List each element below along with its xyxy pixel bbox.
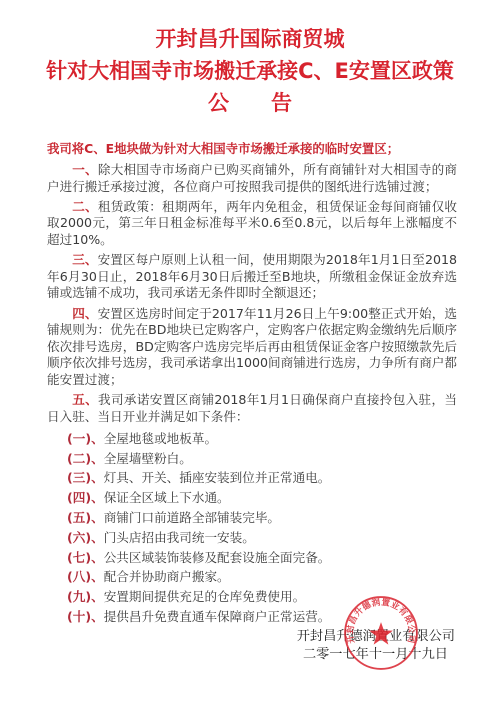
title-announcement: 公告 xyxy=(0,90,500,116)
title-company: 开封昌升国际商贸城 xyxy=(0,26,500,52)
title-announcement-char-2: 告 xyxy=(271,91,292,115)
condition-item: (七)、公共区域装饰装修及配套设施全面完备。 xyxy=(47,548,457,568)
condition-item: (五)、商铺门口前道路全部铺装完毕。 xyxy=(47,508,457,528)
paragraph-number: 五、 xyxy=(72,392,98,407)
paragraph-2: 二、租赁政策：租期两年，两年内免租金，租赁保证金每间商铺仅收取2000元，第三年… xyxy=(47,199,457,249)
condition-number: (四)、 xyxy=(67,490,104,505)
paragraph-4: 四、安置区选房时间定于2017年11月26日上午9:00整正式开始，选铺规则为：… xyxy=(47,306,457,389)
condition-text: 全屋地毯或地板革。 xyxy=(104,431,217,446)
condition-text: 保证全区域上下水通。 xyxy=(104,490,230,505)
condition-number: (六)、 xyxy=(67,530,104,545)
condition-item: (四)、保证全区域上下水通。 xyxy=(47,488,457,508)
condition-number: (一)、 xyxy=(67,431,104,446)
condition-number: (十)、 xyxy=(67,609,104,624)
condition-number: (九)、 xyxy=(67,589,104,604)
condition-number: (八)、 xyxy=(67,569,104,584)
seal-star-icon xyxy=(369,622,393,645)
condition-text: 公共区域装饰装修及配套设施全面完备。 xyxy=(104,550,331,565)
paragraph-3: 三、安置区每户原则上认租一间，使用期限为2018年1月1日至2018年6月30日… xyxy=(47,252,457,302)
paragraph-number: 一、 xyxy=(72,162,98,177)
condition-number: (三)、 xyxy=(67,470,104,485)
paragraph-5: 五、我司承诺安置区商铺2018年1月1日确保商户直接拎包入驻，当日入驻、当日开业… xyxy=(47,392,457,425)
notice-body: 我司将C、E地块做为针对大相国寺市场搬迁承接的临时安置区； 一、除大相国寺市场商… xyxy=(47,140,457,627)
paragraph-text: 除大相国寺市场商户已购买商铺外，所有商铺针对大相国寺的商户进行搬迁承接过渡，各位… xyxy=(47,162,457,194)
condition-item: (八)、配合并协助商户搬家。 xyxy=(47,567,457,587)
intro-heading: 我司将C、E地块做为针对大相国寺市场搬迁承接的临时安置区； xyxy=(47,140,457,157)
condition-text: 灯具、开关、插座安装到位并正常通电。 xyxy=(104,470,331,485)
paragraph-1: 一、除大相国寺市场商户已购买商铺外，所有商铺针对大相国寺的商户进行搬迁承接过渡，… xyxy=(47,162,457,195)
condition-text: 提供昌升免费直通车保障商户正常运营。 xyxy=(104,609,331,624)
title-announcement-char-1: 公 xyxy=(208,91,229,115)
condition-text: 全屋墙壁粉白。 xyxy=(104,451,192,466)
condition-item: (二)、全屋墙壁粉白。 xyxy=(47,449,457,469)
condition-number: (二)、 xyxy=(67,451,104,466)
condition-item: (一)、全屋地毯或地板革。 xyxy=(47,429,457,449)
paragraph-number: 三、 xyxy=(72,252,97,267)
paragraph-text: 安置区选房时间定于2017年11月26日上午9:00整正式开始，选铺规则为：优先… xyxy=(47,306,457,387)
title-policy: 针对大相国寺市场搬迁承接C、E安置区政策 xyxy=(0,58,500,84)
paragraph-text: 我司承诺安置区商铺2018年1月1日确保商户直接拎包入驻，当日入驻、当日开业并满… xyxy=(47,392,457,424)
paragraph-number: 四、 xyxy=(72,306,97,321)
paragraph-number: 二、 xyxy=(72,199,98,214)
condition-text: 安置期间提供充足的仓库免费使用。 xyxy=(104,589,306,604)
condition-number: (七)、 xyxy=(67,550,104,565)
paragraph-text: 租赁政策：租期两年，两年内免租金，租赁保证金每间商铺仅收取2000元，第三年日租… xyxy=(47,199,457,247)
condition-text: 配合并协助商户搬家。 xyxy=(104,569,230,584)
condition-text: 商铺门口前道路全部铺装完毕。 xyxy=(104,510,280,525)
condition-item: (六)、门头店招由我司统一安装。 xyxy=(47,528,457,548)
condition-text: 门头店招由我司统一安装。 xyxy=(104,530,255,545)
paragraph-text: 安置区每户原则上认租一间，使用期限为2018年1月1日至2018年6月30日止，… xyxy=(47,252,457,300)
condition-item: (三)、灯具、开关、插座安装到位并正常通电。 xyxy=(47,468,457,488)
company-seal-icon: 开封昌升德润置业有限公司 xyxy=(342,594,420,672)
condition-number: (五)、 xyxy=(67,510,104,525)
